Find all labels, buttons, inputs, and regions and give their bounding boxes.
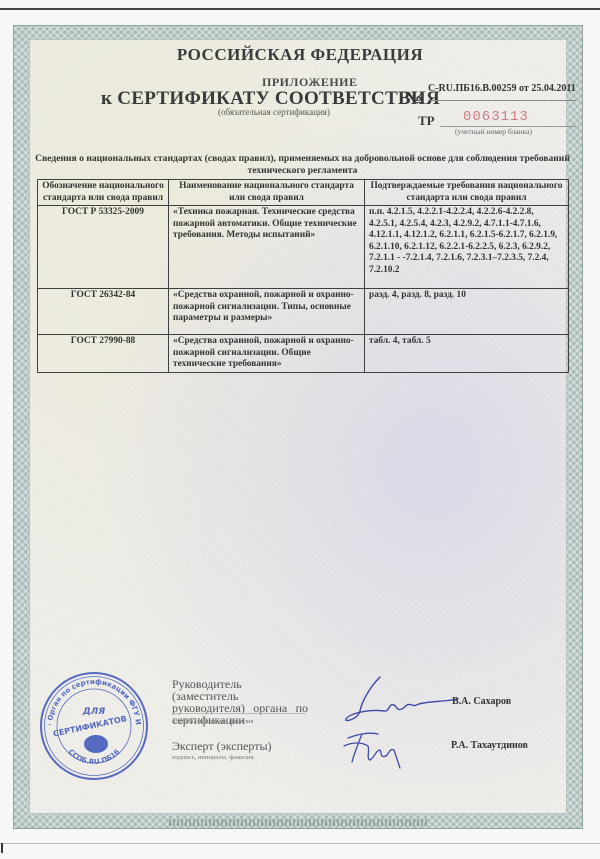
- standard-code: ГОСТ 26342-84: [38, 289, 169, 335]
- standard-requirements: разд. 4, разд. 8, разд. 10: [365, 289, 569, 335]
- svg-text:ДЛЯ: ДЛЯ: [82, 707, 105, 717]
- number-sign: №: [405, 88, 422, 108]
- standard-name: «Техника пожарная. Технические средства …: [169, 206, 365, 289]
- standard-requirements: табл. 4, табл. 5: [365, 335, 569, 373]
- table-row: ГОСТ 26342-84 «Средства охранной, пожарн…: [38, 289, 569, 335]
- expert-name: Р.А. Тахаутдинов: [451, 740, 528, 751]
- column-header-name: Наименование национального стандарта или…: [169, 180, 365, 206]
- scan-bottom-edge: [0, 843, 600, 844]
- expert-label: Эксперт (эксперты): [172, 739, 272, 754]
- certification-type: (обязательная сертификация): [218, 107, 330, 117]
- certificate-number-underline: [428, 100, 576, 101]
- section-title: Сведения о национальных стандартах (свод…: [30, 153, 575, 177]
- column-header-code: Обозначение национального стандарта или …: [38, 180, 169, 206]
- blank-number-caption: (учетный номер бланка): [455, 127, 532, 136]
- standard-name: «Средства охранной, пожарной и охранно-п…: [169, 289, 365, 335]
- certification-stamp-icon: · Орган по сертификации ФГУ ИСА ОПС МВД …: [38, 670, 150, 782]
- table-row: ГОСТ 27990-88 «Средства охранной, пожарн…: [38, 335, 569, 373]
- table-row: ГОСТ Р 53325-2009 «Техника пожарная. Тех…: [38, 206, 569, 289]
- scan-top-edge: [0, 8, 600, 10]
- standard-name: «Средства охранной, пожарной и охранно-п…: [169, 335, 365, 373]
- head-signature-rule: [172, 713, 306, 714]
- standard-code: ГОСТ Р 53325-2009: [38, 206, 169, 289]
- scan-mark: [1, 843, 3, 853]
- head-signatory-name: В.А. Сахаров: [452, 696, 511, 707]
- standards-table: Обозначение национального стандарта или …: [37, 179, 569, 373]
- column-header-requirements: Подтверждаемые требования национального …: [365, 180, 569, 206]
- head-signature-icon: [340, 673, 460, 733]
- expert-signature-icon: [340, 728, 420, 770]
- series-label: ТР: [418, 113, 435, 129]
- blank-number: 0063113: [463, 109, 529, 125]
- certificate-number: C-RU.ПБ16.В.00259 от 25.04.2011: [428, 83, 576, 94]
- expert-signature-caption: подпись, инициалы, фамилия: [172, 754, 254, 761]
- standard-code: ГОСТ 27990-88: [38, 335, 169, 373]
- standard-requirements: п.п. 4.2.1.5, 4.2.2.1-4.2.2.4, 4.2.2.6-4…: [365, 206, 569, 289]
- svg-text:СЕРТИФИКАТОВ: СЕРТИФИКАТОВ: [52, 714, 127, 738]
- head-signature-caption: подпись, инициалы, фамилия: [172, 718, 254, 725]
- footer-microtext: [169, 819, 429, 826]
- table-header-row: Обозначение национального стандарта или …: [38, 180, 569, 206]
- country-title: РОССИЙСКАЯ ФЕДЕРАЦИЯ: [0, 45, 600, 65]
